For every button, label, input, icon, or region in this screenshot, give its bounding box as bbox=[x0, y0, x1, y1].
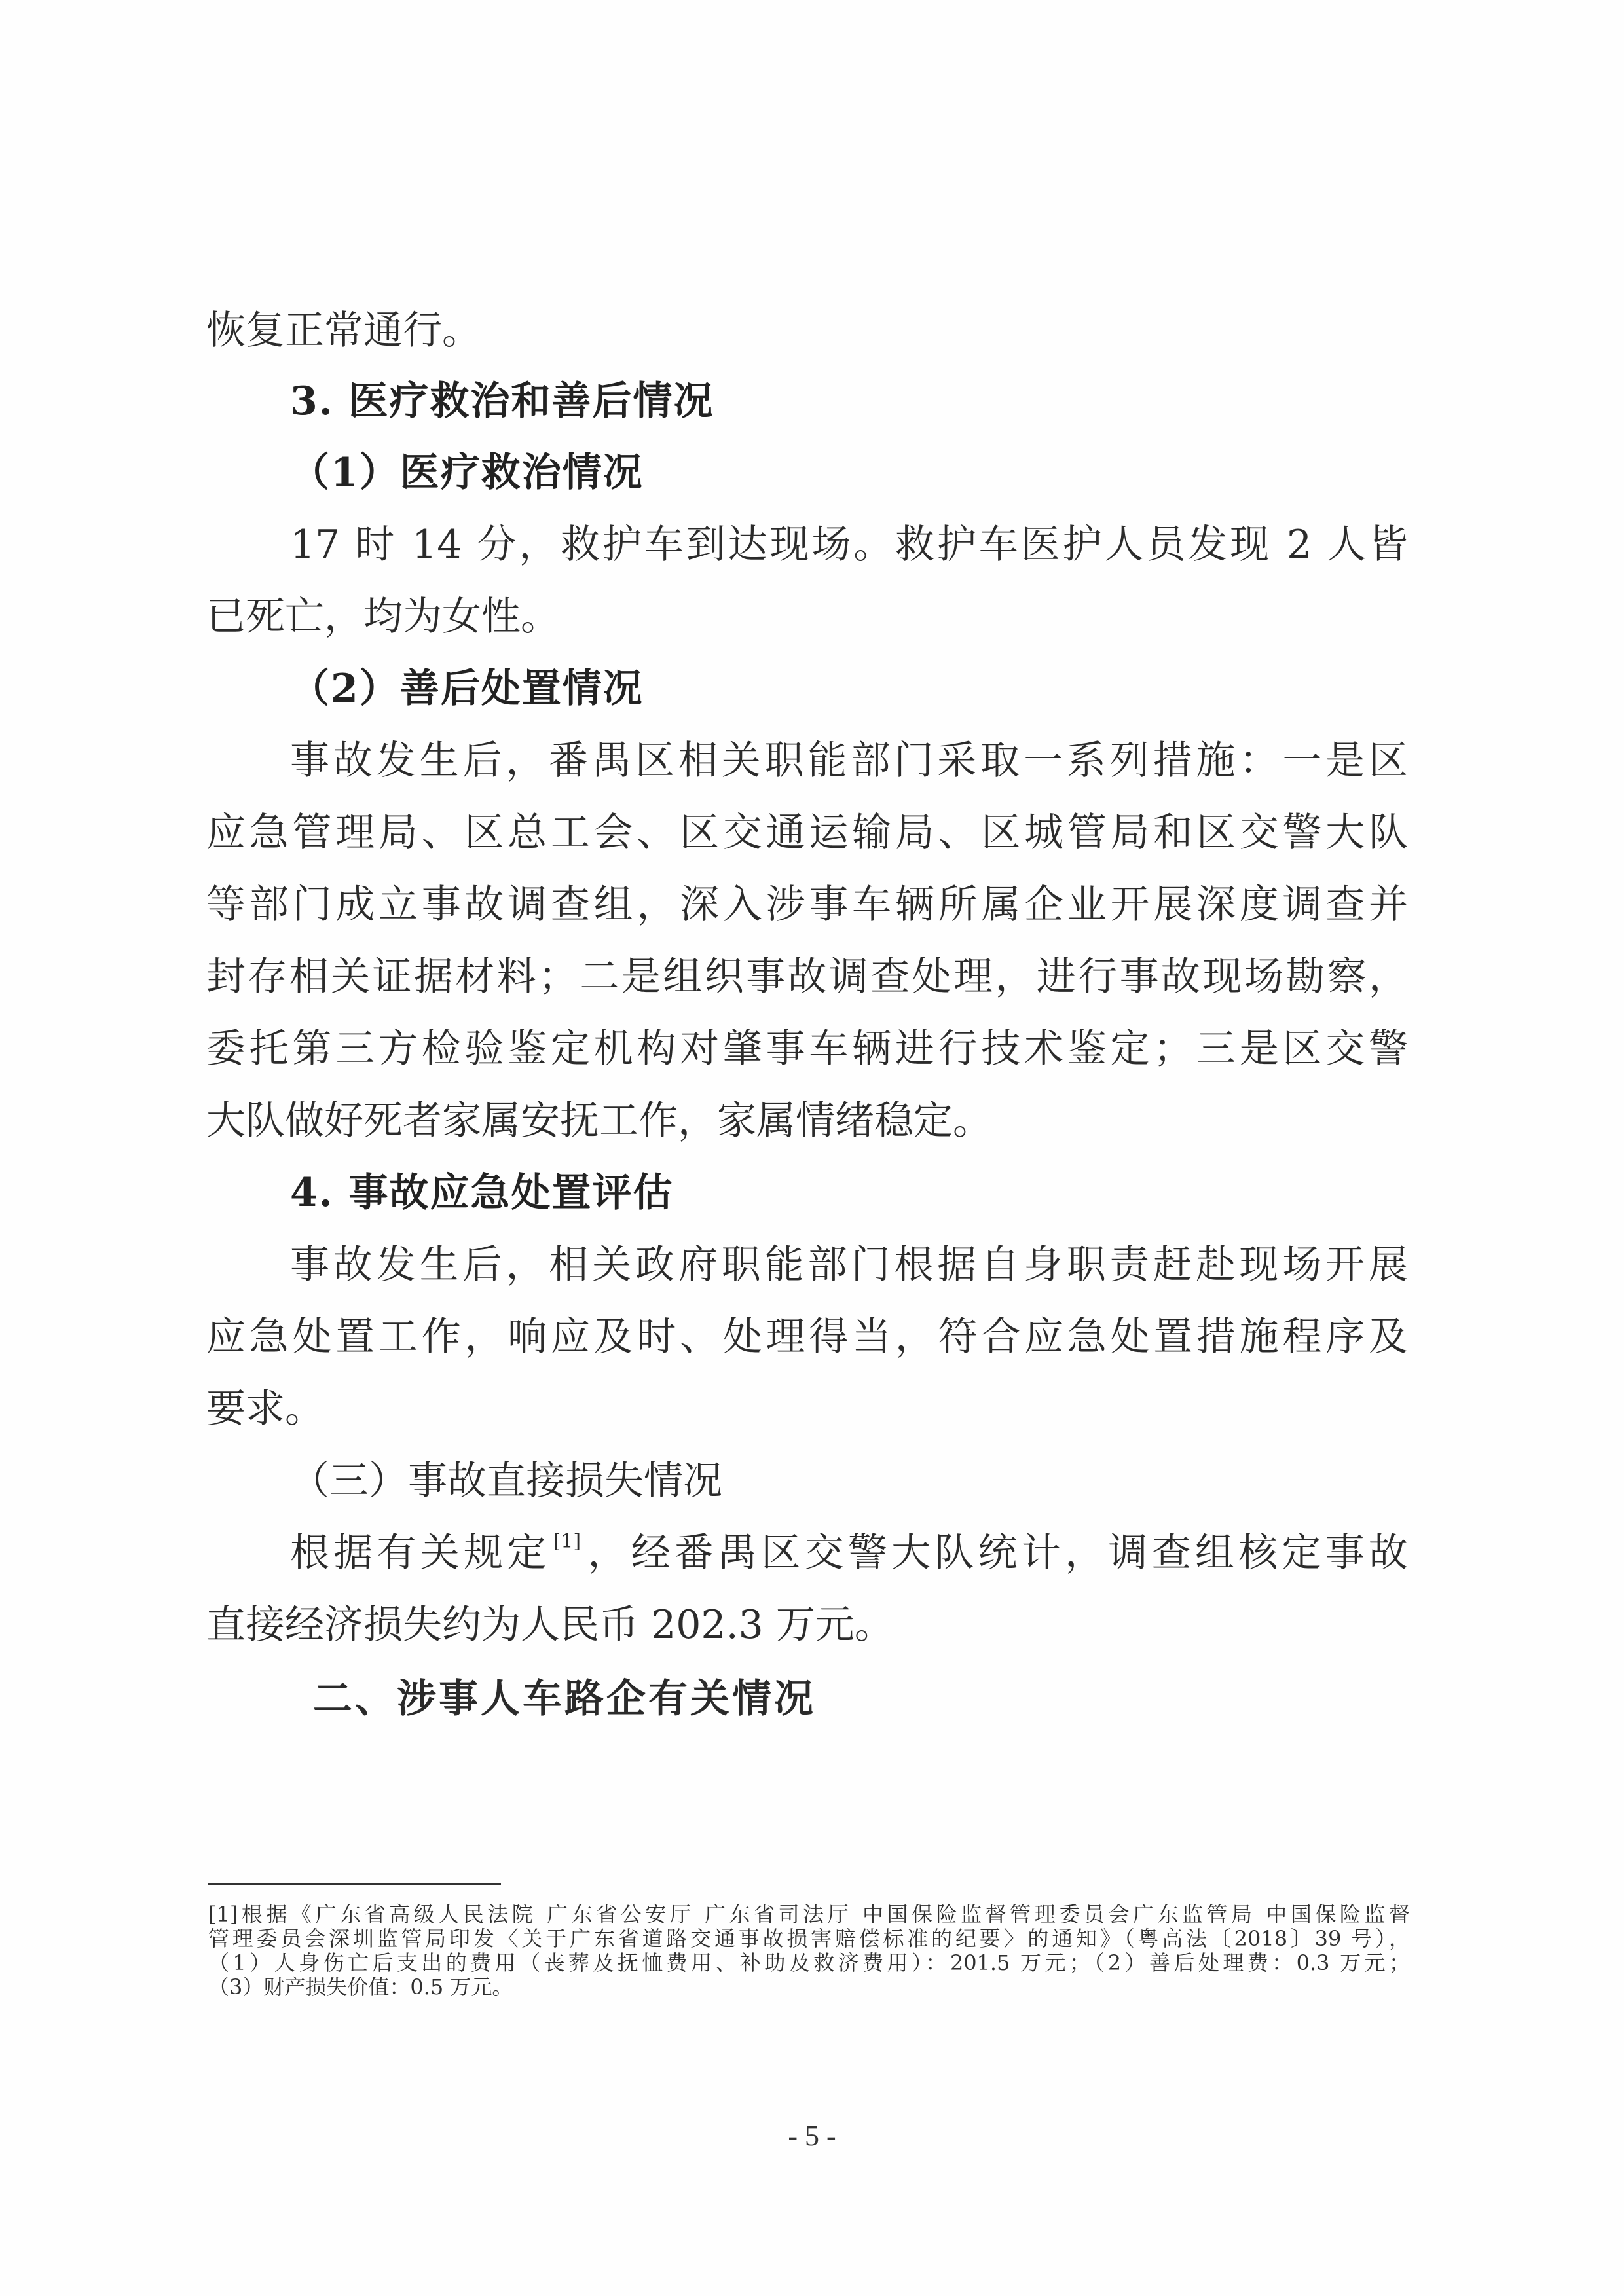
paragraph-evaluation-line-1: 事故发生后，相关政府职能部门根据自身职责赶赴现场开展 bbox=[290, 1229, 1408, 1301]
footnote-divider bbox=[208, 1883, 501, 1885]
paragraph-aftermath-line-3: 等部门成立事故调查组，深入涉事车辆所属企业开展深度调查并 bbox=[206, 869, 1408, 941]
paragraph-medical-line-2: 已死亡，均为女性。 bbox=[206, 581, 560, 653]
paragraph-aftermath-line-4: 封存相关证据材料；二是组织事故调查处理，进行事故现场勘察， bbox=[206, 941, 1408, 1013]
footnote-reference[interactable]: [1] bbox=[553, 1530, 581, 1553]
paragraph-aftermath-line-5: 委托第三方检验鉴定机构对肇事车辆进行技术鉴定；三是区交警 bbox=[206, 1013, 1408, 1085]
paragraph-continuation: 恢复正常通行。 bbox=[206, 295, 481, 367]
subheading-medical-treatment: （1）医疗救治情况 bbox=[290, 437, 644, 509]
document-page: 恢复正常通行。 3. 医疗救治和善后情况 （1）医疗救治情况 17 时 14 分… bbox=[0, 0, 1624, 2296]
paragraph-medical-line-1: 17 时 14 分，救护车到达现场。救护车医护人员发现 2 人皆 bbox=[290, 509, 1408, 581]
heading-emergency-evaluation: 4. 事故应急处置评估 bbox=[290, 1157, 674, 1229]
footnote-line-1: [1]根据《广东省高级人民法院 广东省公安厅 广东省司法厅 中国保险监督管理委员… bbox=[208, 1903, 1410, 1927]
paragraph-evaluation-line-3: 要求。 bbox=[206, 1373, 324, 1445]
subheading-direct-losses: （三）事故直接损失情况 bbox=[290, 1445, 722, 1517]
paragraph-evaluation-line-2: 应急处置工作，响应及时、处理得当，符合应急处置措施程序及 bbox=[206, 1301, 1408, 1373]
footnote-line-2: 管理委员会深圳监管局印发〈关于广东省道路交通事故损害赔偿标准的纪要〉的通知》（粤… bbox=[208, 1927, 1410, 1951]
losses-text-post: ，经番禺区交警大队统计，调查组核定事故 bbox=[583, 1530, 1408, 1576]
paragraph-aftermath-line-6: 大队做好死者家属安抚工作，家属情绪稳定。 bbox=[206, 1085, 992, 1157]
footnote-line-3: （1）人身伤亡后支出的费用（丧葬及抚恤费用、补助及救济费用）：201.5 万元；… bbox=[208, 1951, 1410, 1975]
page-number: - 5 - bbox=[0, 2120, 1624, 2153]
paragraph-losses-line-2: 直接经济损失约为人民币 202.3 万元。 bbox=[206, 1589, 894, 1661]
losses-text-pre: 根据有关规定 bbox=[290, 1530, 551, 1576]
heading-medical-and-aftermath: 3. 医疗救治和善后情况 bbox=[290, 365, 714, 437]
heading-section-two: 二、涉事人车路企有关情况 bbox=[313, 1663, 816, 1735]
paragraph-aftermath-line-2: 应急管理局、区总工会、区交通运输局、区城管局和区交警大队 bbox=[206, 797, 1408, 869]
subheading-aftermath-handling: （2）善后处置情况 bbox=[290, 653, 644, 725]
footnote-line-4: （3）财产损失价值：0.5 万元。 bbox=[208, 1975, 1410, 1999]
paragraph-aftermath-line-1: 事故发生后，番禺区相关职能部门采取一系列措施：一是区 bbox=[290, 725, 1408, 797]
paragraph-losses-line-1: 根据有关规定[1]，经番禺区交警大队统计，调查组核定事故 bbox=[290, 1517, 1408, 1589]
